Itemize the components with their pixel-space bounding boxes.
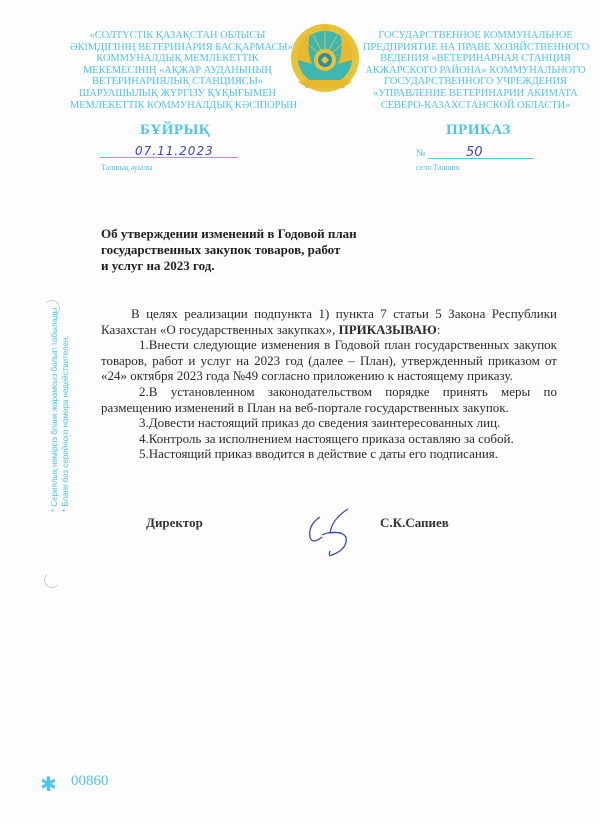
- subject-line: государственных закупок товаров, работ: [101, 242, 401, 258]
- preamble-order-word: ПРИКАЗЫВАЮ: [339, 322, 437, 337]
- letterhead-kz: «СОЛТҮСТІК ҚАЗАҚСТАН ОБЛЫСЫ ӘКІМДІГІНІҢ …: [70, 30, 285, 111]
- state-emblem-icon: [288, 20, 362, 100]
- subject-line: и услуг на 2023 год.: [101, 258, 401, 274]
- letterhead-line: «УПРАВЛЕНИЕ ВЕТЕРИНАРИИ АКИМАТА: [363, 88, 588, 100]
- handwritten-signature-icon: [302, 505, 362, 560]
- asterisk-icon: ✱: [40, 772, 57, 796]
- letterhead-line: КОММУНАЛДЫҚ МЕМЛЕКЕТТІК: [70, 53, 285, 65]
- order-subject: Об утверждении изменений в Годовой план …: [101, 226, 401, 274]
- signatory-name: С.К.Сапиев: [380, 515, 449, 531]
- letterhead-line: СЕВЕРО-КАЗАХСТАНСКОЙ ОБЛАСТИ»: [363, 100, 588, 112]
- place-ru: село Талшик: [416, 163, 460, 172]
- doc-title-kz: БҰЙРЫҚ: [140, 122, 210, 139]
- number-underline: [428, 158, 534, 159]
- letterhead-line: ВЕТЕРИНАРИЯЛЫҚ СТАНЦИЯСЫ»: [70, 76, 285, 88]
- order-body: В целях реализации подпункта 1) пункта 7…: [101, 306, 557, 462]
- order-item-2: 2.В установленном законодательством поря…: [101, 384, 557, 415]
- letterhead-line: ГОСУДАРСТВЕННОЕ КОММУНАЛЬНОЕ: [363, 30, 588, 42]
- letterhead-line: АКЖАРСКОГО РАЙОНА» КОММУНАЛЬНОГО: [363, 65, 588, 77]
- letterhead-line: «СОЛТҮСТІК ҚАЗАҚСТАН ОБЛЫСЫ: [70, 30, 285, 42]
- letterhead-line: ШАРУАШЫЛЫҚ ЖҮРГІЗУ ҚҰҚЫҒЫМЕН: [70, 88, 285, 100]
- handwritten-date: 07.11.2023: [135, 144, 214, 158]
- place-kz: Талшық ауылы: [101, 163, 153, 172]
- margin-note-ru: * Бланк без серийного номера недействите…: [60, 308, 71, 512]
- letterhead-line: МЕМЛЕКЕТТІК КОММУНАЛДЫҚ КӘСІПОРЫН: [70, 100, 285, 112]
- letterhead-line: ӘКІМДІГІНІҢ ВЕТЕРИНАРИЯ БАСҚАРМАСЫ»: [70, 42, 285, 54]
- letterhead-line: МЕКЕМЕСІНІҢ «АҚЖАР АУДАНЫНЫҢ: [70, 65, 285, 77]
- doc-title-ru: ПРИКАЗ: [446, 122, 511, 139]
- order-item-3: 3.Довести настоящий приказ до сведения з…: [101, 415, 557, 431]
- order-item-5: 5.Настоящий приказ вводится в действие с…: [101, 446, 557, 462]
- date-underline: [100, 157, 238, 158]
- number-label: №: [416, 148, 426, 159]
- preamble-colon: :: [437, 322, 441, 337]
- margin-serial-note: * Сериялық нөмірсіз бланк жарамсыз болып…: [49, 308, 71, 512]
- margin-note-kz: * Сериялық нөмірсіз бланк жарамсыз болып…: [49, 308, 60, 512]
- subject-line: Об утверждении изменений в Годовой план: [101, 226, 401, 242]
- letterhead-ru: ГОСУДАРСТВЕННОЕ КОММУНАЛЬНОЕ ПРЕДПРИЯТИЕ…: [363, 30, 588, 111]
- letterhead-line: ВЕДЕНИЯ «ВЕТЕРИНАРНАЯ СТАНЦИЯ: [363, 53, 588, 65]
- order-item-1: 1.Внести следующие изменения в Годовой п…: [101, 337, 557, 384]
- preamble-text: В целях реализации подпункта 1) пункта 7…: [101, 306, 557, 337]
- punch-hole: [44, 572, 60, 588]
- letterhead-line: ПРЕДПРИЯТИЕ НА ПРАВЕ ХОЗЯЙСТВЕННОГО: [363, 42, 588, 54]
- letterhead-line: ГОСУДАРСТВЕННОГО УЧРЕЖДЕНИЯ: [363, 76, 588, 88]
- order-item-4: 4.Контроль за исполнением настоящего при…: [101, 431, 557, 447]
- blank-serial-number: 00860: [71, 773, 109, 790]
- preamble: В целях реализации подпункта 1) пункта 7…: [101, 306, 557, 337]
- signatory-role: Директор: [146, 515, 203, 531]
